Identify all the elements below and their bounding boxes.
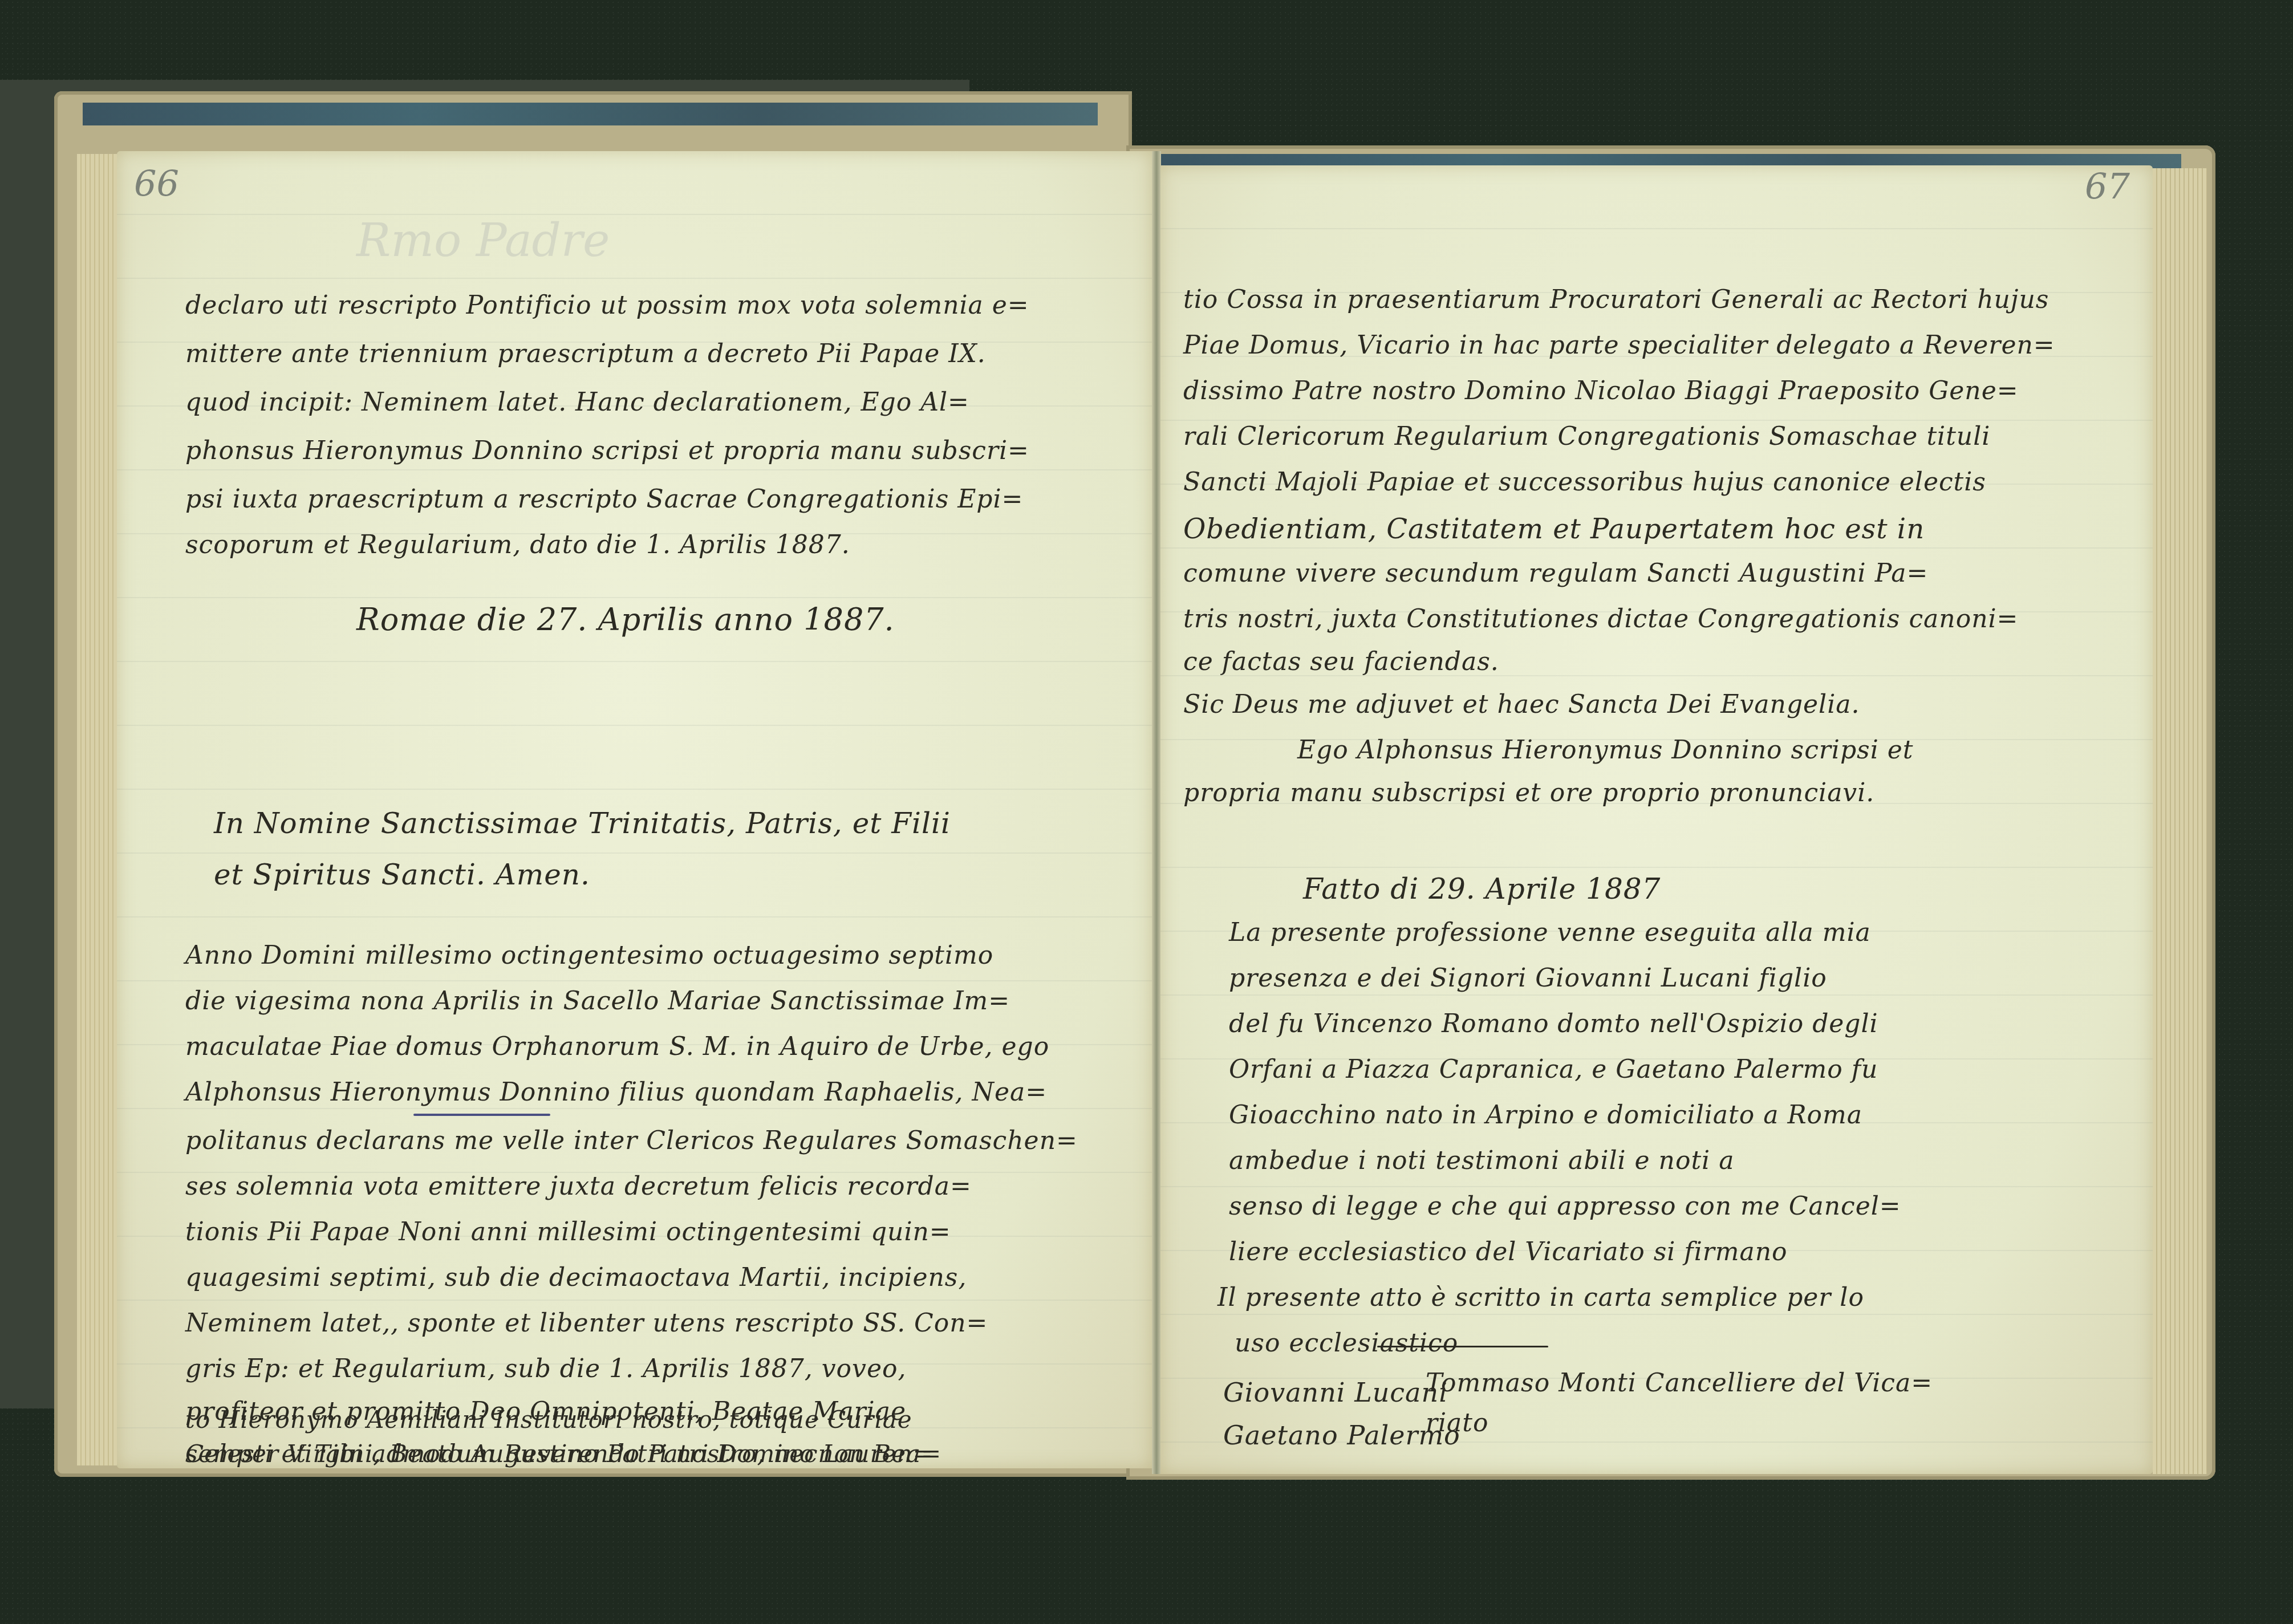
text-line: ambedue i noti testimoni abili e noti a xyxy=(1229,1146,1734,1175)
text-line: rali Clericorum Regularium Congregationi… xyxy=(1183,422,1990,451)
text-line: comune vivere secundum regulam Sancti Au… xyxy=(1183,559,1928,588)
signature-witness-2: Gaetano Palermo xyxy=(1223,1420,1460,1451)
text-line: Alphonsus Hieronymus Donnino filius quon… xyxy=(185,1078,1047,1107)
date-line: Fatto di 29. Aprile 1887 xyxy=(1303,872,1661,906)
text-line: die vigesima nona Aprilis in Sacello Mar… xyxy=(185,986,1010,1016)
bleed-through-heading: Rmo Padre xyxy=(356,214,610,267)
text-line: Neminem latet,, sponte et libenter utens… xyxy=(185,1309,988,1338)
text-line: ses solemnia vota emittere juxta decretu… xyxy=(185,1172,972,1201)
text-line: scoporum et Regularium, dato die 1. Apri… xyxy=(185,530,850,559)
signature-line: Ego Alphonsus Hieronymus Donnino scripsi… xyxy=(1297,736,1913,765)
text-line: politanus declarans me velle inter Cleri… xyxy=(185,1126,1078,1155)
text-line: presenza e dei Signori Giovanni Lucani f… xyxy=(1229,964,1827,993)
date-line: Romae die 27. Aprilis anno 1887. xyxy=(356,602,895,638)
text-line: propria manu subscripsi et ore proprio p… xyxy=(1183,778,1874,807)
text-line: quagesimi septimi, sub die decimaoctava … xyxy=(185,1263,967,1292)
text-line: mittere ante triennium praescriptum a de… xyxy=(185,339,986,368)
text-line: psi iuxta praescriptum a rescripto Sacra… xyxy=(185,485,1023,514)
signature-chancellor-cont: riato xyxy=(1426,1408,1489,1438)
invocation-line: In Nomine Sanctissimae Trinitatis, Patri… xyxy=(214,807,951,840)
text-line: Celesti et Tibi admodum Reverendo Patri … xyxy=(185,1440,934,1468)
text-line: senso di legge e che qui appresso con me… xyxy=(1229,1192,1901,1221)
text-line: gris Ep: et Regularium, sub die 1. April… xyxy=(185,1354,906,1383)
text-line: tris nostri, juxta Constitutiones dictae… xyxy=(1183,604,2018,634)
open-book: 66 Rmo Padre declaro uti rescripto Ponti… xyxy=(54,77,2221,1485)
text-line: declaro uti rescripto Pontificio ut poss… xyxy=(185,291,1029,320)
text-line: Piae Domus, Vicario in hac parte special… xyxy=(1183,331,2055,360)
signature-chancellor: Tommaso Monti Cancelliere del Vica= xyxy=(1426,1369,1933,1398)
signature-witness-1: Giovanni Lucani xyxy=(1223,1377,1448,1408)
text-line: quod incipit: Neminem latet. Hanc declar… xyxy=(185,388,969,417)
text-line: Il presente atto è scritto in carta semp… xyxy=(1217,1283,1864,1312)
text-line: Anno Domini millesimo octingentesimo oct… xyxy=(185,941,993,970)
closing-rule xyxy=(1377,1346,1548,1347)
right-page: 67 tio Cossa in praesentiarum Procurator… xyxy=(1160,165,2153,1474)
text-line: del fu Vincenzo Romano domto nell'Ospizi… xyxy=(1229,1009,1878,1038)
text-line: Orfani a Piazza Capranica, e Gaetano Pal… xyxy=(1229,1055,1878,1084)
text-line: Obedientiam, Castitatem et Paupertatem h… xyxy=(1183,513,1925,545)
text-line: liere ecclesiastico del Vicariato si fir… xyxy=(1229,1237,1788,1266)
page-edges-right xyxy=(2153,168,2207,1474)
text-line: La presente professione venne eseguita a… xyxy=(1229,918,1871,947)
page-number: 66 xyxy=(134,163,179,204)
invocation-line: et Spiritus Sancti. Amen. xyxy=(214,858,590,891)
text-line: maculatae Piae domus Orphanorum S. M. in… xyxy=(185,1032,1049,1061)
text-line: phonsus Hieronymus Donnino scripsi et pr… xyxy=(185,436,1029,465)
text-line: tionis Pii Papae Noni anni millesimi oct… xyxy=(185,1217,951,1247)
page-edges-left xyxy=(77,154,117,1465)
text-line: dissimo Patre nostro Domino Nicolao Biag… xyxy=(1183,376,2019,405)
text-line: Gioacchino nato in Arpino e domiciliato … xyxy=(1229,1101,1862,1130)
text-line: tio Cossa in praesentiarum Procuratori G… xyxy=(1183,285,2049,314)
text-line: ce factas seu faciendas. xyxy=(1183,647,1499,676)
page-number: 67 xyxy=(2085,165,2130,207)
left-page: 66 Rmo Padre declaro uti rescripto Ponti… xyxy=(117,151,1152,1468)
text-line: to Hieronymo Aemiliani Institutori nostr… xyxy=(185,1406,912,1434)
pencil-underline xyxy=(413,1114,550,1116)
text-line: uso ecclesiastico xyxy=(1235,1329,1458,1358)
book-gutter xyxy=(1152,151,1161,1474)
text-line: Sic Deus me adjuvet et haec Sancta Dei E… xyxy=(1183,690,1860,719)
text-line: Sancti Majoli Papiae et successoribus hu… xyxy=(1183,468,1986,497)
binding-strip-top xyxy=(83,103,1098,125)
